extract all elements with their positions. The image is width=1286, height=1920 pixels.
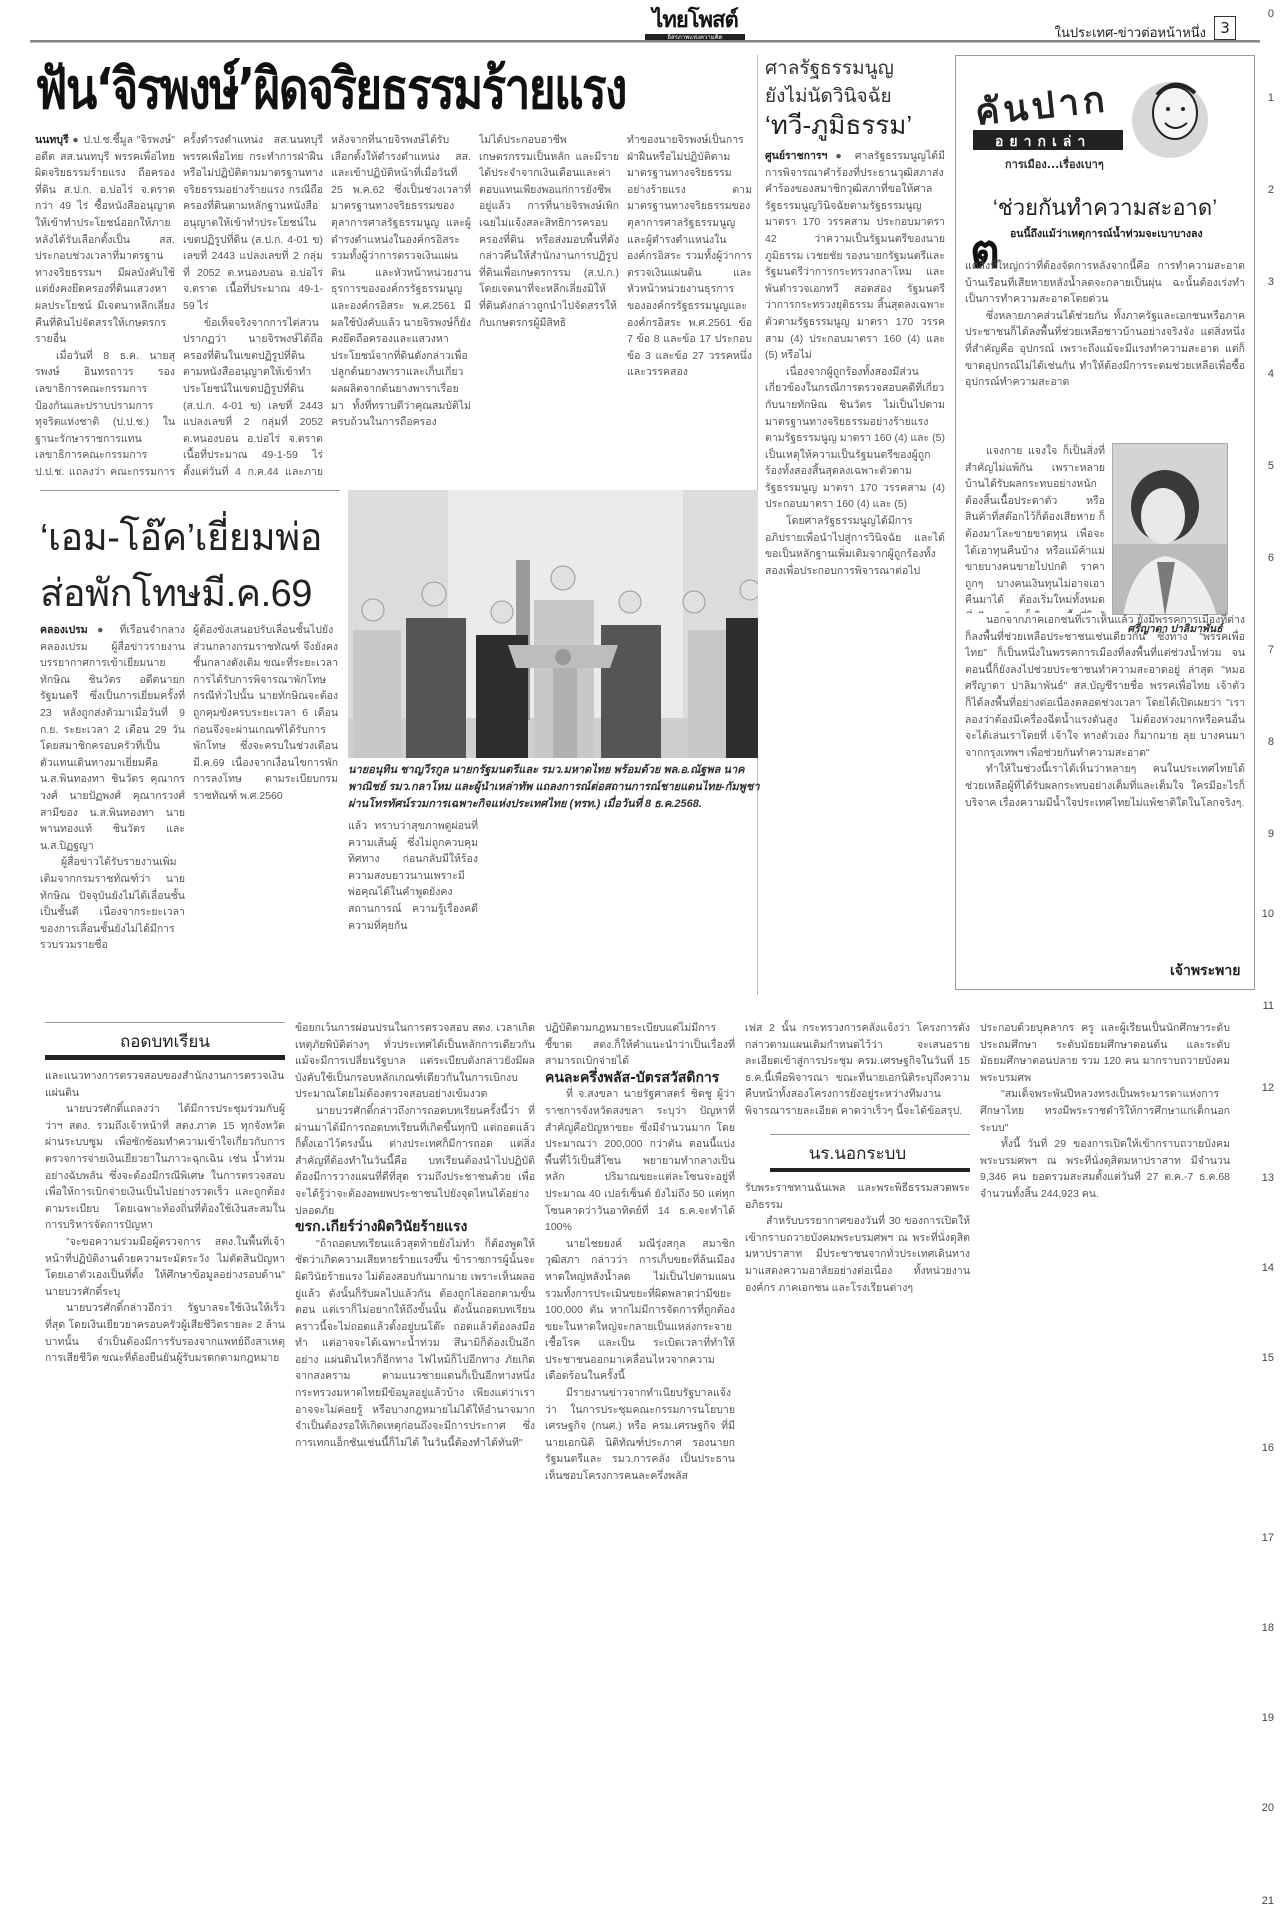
- story3-col1: และแนวทางการตรวจสอบของสำนักงานการตรวจเงิ…: [45, 1068, 285, 1918]
- column-body-wrap: แจงกาย แจงใจ ก็เป็นสิ่งที่สำคัญไม่แพ้กัน…: [965, 443, 1105, 613]
- story2-col3: แล้ว ทราบว่าสุขภาพดูผ่อนที่ความเส้นผู้ ซ…: [348, 818, 478, 988]
- story4-col2: ประกอบด้วยบุคลากร ครู และผู้เรียนเป็นนัก…: [980, 1020, 1230, 1918]
- page-number: 3: [1214, 16, 1236, 40]
- column-logo-tagline: การเมือง...เรื่องเบาๆ: [1005, 155, 1104, 173]
- margin-number: 2: [1268, 184, 1274, 196]
- margin-number: 12: [1262, 1082, 1274, 1094]
- story1-col3: หลังจากที่นายจิรพงษ์ได้รับเลือกตั้งให้ดำ…: [331, 132, 471, 477]
- press-conference-image: [348, 490, 758, 758]
- margin-number: 21: [1262, 1895, 1274, 1907]
- margin-number: 5: [1268, 460, 1274, 472]
- column-body-top: แต่สิ่งที่ใหญ่กว่าที่ต้องจัดการหลังจากนี…: [965, 258, 1245, 443]
- story3-thick-rule: [45, 1055, 285, 1060]
- main-photo-caption: นายอนุทิน ชาญวีรกูล นายกรัฐมนตรีและ รมว.…: [348, 762, 763, 813]
- story1-col2: ครั้งดำรงตำแหน่ง สส.นนทบุรี พรรคเพื่อไทย…: [183, 132, 323, 477]
- story1-col5: ทำของนายจิรพงษ์เป็นการฝ่าฝืนหรือไม่ปฏิบั…: [627, 132, 752, 477]
- margin-number: 1: [1268, 92, 1274, 104]
- story4-top-rule: [770, 1134, 970, 1135]
- margin-number: 3: [1268, 276, 1274, 288]
- margin-number: 7: [1268, 644, 1274, 656]
- column-headline: ‘ช่วยกันทำความสะอาด’: [965, 190, 1245, 225]
- story3-col2: ข้อยกเว้นการผ่อนปรนในการตรวจสอบ สตง. เวล…: [295, 1020, 535, 1918]
- margin-ruler: 0 1 2 3 4 5 6 7 8 9 10 11 12 13 14 15 16…: [1256, 0, 1286, 1920]
- story3-subhead-2: คนละครึ่งพลัส-บัตรสวัสดิการ: [545, 1070, 735, 1087]
- column-logo: คันปาก อยากเล่า การเมือง...เรื่องเบาๆ: [965, 75, 1215, 175]
- story2-dateline: คลองเปรม: [40, 624, 88, 636]
- portrait-image: [1113, 444, 1228, 615]
- story2-rule: [40, 490, 340, 491]
- margin-number: 15: [1262, 1352, 1274, 1364]
- margin-number: 9: [1268, 828, 1274, 840]
- story2-headline: ‘เอม-โอ๊ค’เยี่ยมพ่อ ส่อพักโทษมี.ค.69: [40, 510, 322, 622]
- margin-number: 14: [1262, 1262, 1274, 1274]
- logo-text: ไทยโพสต์: [645, 8, 745, 34]
- margin-number: 13: [1262, 1172, 1274, 1184]
- story4-col1: รับพระราชทานฉันเพล และพระพิธีธรรมสวดพระอ…: [745, 1180, 970, 1918]
- column-logo-subtitle: อยากเล่า: [995, 131, 1091, 153]
- story4-section-title: นร.นอกระบบ: [745, 1140, 970, 1167]
- story1-col1: นนทบุรี ● ป.ป.ช.ชี้มูล "จิรพงษ์" อดีต สส…: [35, 132, 175, 477]
- margin-number: 10: [1262, 908, 1274, 920]
- margin-number: 6: [1268, 552, 1274, 564]
- top-rule: [30, 40, 1260, 43]
- story1-dateline: นนทบุรี: [35, 134, 69, 146]
- margin-number: 11: [1263, 1000, 1274, 1012]
- side-story-dateline: ศูนย์ราชการฯ: [765, 150, 827, 162]
- story1-col4: ไม่ได้ประกอบอาชีพเกษตรกรรมเป็นหลัก และมี…: [479, 132, 619, 477]
- margin-number: 8: [1268, 736, 1274, 748]
- story3-section-title: ถอดบทเรียน: [45, 1028, 285, 1055]
- story3-col3: ปฏิบัติตามกฎหมายระเบียบแต่ไม่มีการชี้ขาด…: [545, 1020, 735, 1918]
- margin-number: 0: [1268, 8, 1274, 20]
- story2-col1: คลองเปรม ● ที่เรือนจำกลางคลองเปรม ผู้สื่…: [40, 622, 185, 992]
- side-story-headline: ศาลรัฐธรรมนูญ ยังไม่นัดวินิจฉัย ‘ทวี-ภูม…: [765, 55, 950, 139]
- margin-number: 19: [1262, 1712, 1274, 1724]
- story3-top-rule: [45, 1022, 285, 1023]
- story3-subhead-1: ขรก.เกียร์ว่างผิดวินัยร้ายแรง: [295, 1219, 535, 1236]
- column-byline: เจ้าพระพาย: [1170, 960, 1240, 982]
- masthead-logo: ไทยโพสต์ อิสรภาพแห่งความคิด: [645, 8, 745, 42]
- margin-number: 16: [1262, 1442, 1274, 1454]
- main-news-photo: [348, 490, 758, 758]
- story1-headline: ฟัน‘จิรพงษ์’ผิดจริยธรรมร้ายแรง: [35, 55, 626, 125]
- story2-col2: ผู้ต้องขังเสนอปรับเลื่อนชั้นไปยังส่วนกลา…: [193, 622, 338, 992]
- column-body-bottom: นอกจากภาคเอกชนที่เราเห็นแล้ว ยังมีพรรคกา…: [965, 612, 1245, 952]
- margin-number: 18: [1262, 1622, 1274, 1634]
- side-story-body: ศูนย์ราชการฯ ● ศาลรัฐธรรมนูญได้มีการพิจา…: [765, 148, 945, 988]
- margin-number: 4: [1268, 368, 1274, 380]
- story3-col4: เฟส 2 นั้น กระทรวงการคลังแจ้งว่า โครงการ…: [745, 1020, 970, 1132]
- margin-number: 17: [1262, 1532, 1274, 1544]
- story4-thick-rule: [770, 1168, 970, 1172]
- column-lead: อนนี้ถึงแม้ว่าเหตุการณ์น้ำท่วมจะเบาบางลง: [1010, 226, 1245, 260]
- column-portrait-photo: [1112, 443, 1228, 615]
- margin-number: 20: [1262, 1802, 1274, 1814]
